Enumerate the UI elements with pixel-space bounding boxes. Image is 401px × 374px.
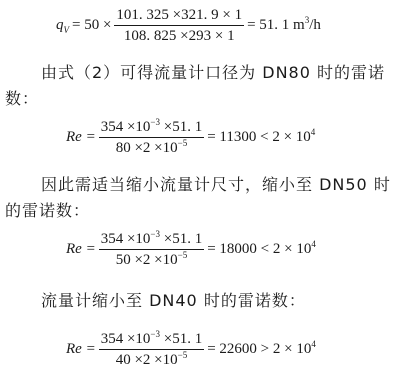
paragraph-dn80: 由式（2）可得流量计口径为 DN80 时的雷诺数： xyxy=(5,60,395,112)
equation-result: = 18000 < 2 × 104 xyxy=(207,241,316,258)
reynolds-equation-dn50: Re = 354 ×10−3 ×51. 1 50 ×2 ×10−5 = 1800… xyxy=(66,230,316,269)
fraction: 354 ×10−3 ×51. 1 40 ×2 ×10−5 xyxy=(99,330,205,369)
numerator: 354 ×10−3 ×51. 1 xyxy=(99,230,205,250)
denominator: 108. 825 ×293 × 1 xyxy=(122,26,237,45)
fraction: 354 ×10−3 ×51. 1 50 ×2 ×10−5 xyxy=(99,230,205,269)
denominator: 80 ×2 ×10−5 xyxy=(114,138,190,157)
reynolds-symbol: Re = xyxy=(66,241,96,258)
paragraph-dn50: 因此需适当缩小流量计尺寸，缩小至 DN50 时的雷诺数： xyxy=(5,172,395,224)
equation-result: = 11300 < 2 × 104 xyxy=(207,129,315,146)
flow-symbol: qV xyxy=(56,17,69,34)
fraction: 101. 325 ×321. 9 × 1 108. 825 ×293 × 1 xyxy=(114,6,244,45)
denominator: 50 ×2 ×10−5 xyxy=(114,250,190,269)
reynolds-equation-dn40: Re = 354 ×10−3 ×51. 1 40 ×2 ×10−5 = 2260… xyxy=(66,330,316,369)
reynolds-equation-dn80: Re = 354 ×10−3 ×51. 1 80 ×2 ×10−5 = 1130… xyxy=(66,118,315,157)
equation-result: = 22600 > 2 × 104 xyxy=(207,341,316,358)
paragraph-dn40: 流量计缩小至 DN40 时的雷诺数： xyxy=(5,288,395,314)
numerator: 354 ×10−3 ×51. 1 xyxy=(99,330,205,350)
numerator: 354 ×10−3 ×51. 1 xyxy=(99,118,205,138)
fraction: 354 ×10−3 ×51. 1 80 ×2 ×10−5 xyxy=(99,118,205,157)
flow-rate-equation: qV = 50 × 101. 325 ×321. 9 × 1 108. 825 … xyxy=(56,6,321,45)
reynolds-symbol: Re = xyxy=(66,129,96,146)
reynolds-symbol: Re = xyxy=(66,341,96,358)
equation-result: = 51. 1 m3/h xyxy=(247,17,321,34)
equation-prefix: = 50 × xyxy=(72,17,111,34)
denominator: 40 ×2 ×10−5 xyxy=(114,350,190,369)
numerator: 101. 325 ×321. 9 × 1 xyxy=(114,6,244,26)
